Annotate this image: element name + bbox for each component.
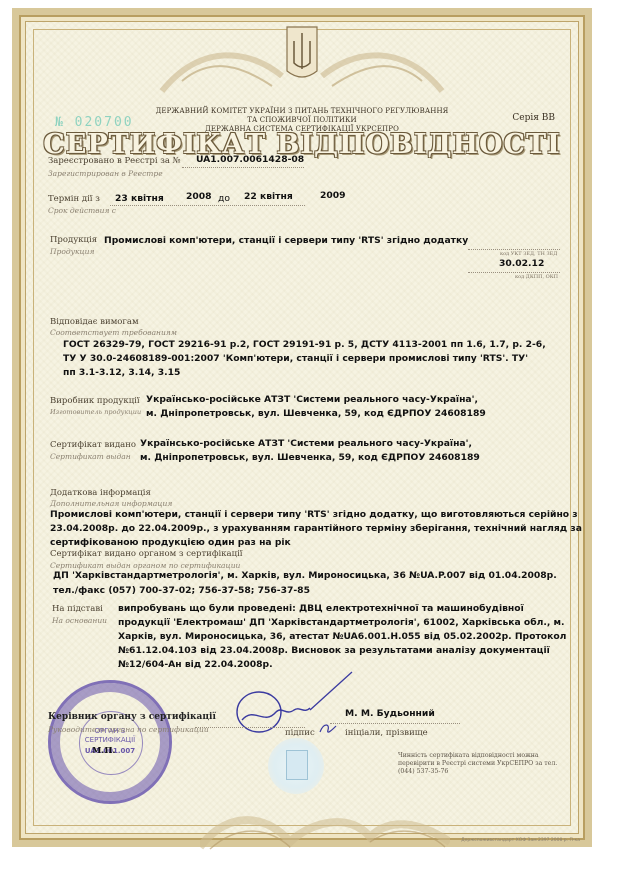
additional-info-line-3: сертифікованою продукцією один раз на рі…: [50, 536, 291, 550]
certification-body-label: Сертифікат видано органом з сертифікації: [50, 549, 243, 559]
verification-note: Чинність сертифіката відповідності можна…: [398, 752, 573, 776]
issued-to-label: Сертифікат видано: [50, 440, 136, 450]
signatory-name: М. М. Будьонний: [345, 707, 435, 721]
printer-imprint: Держспоживстандарт ХОФ Зам 2397 2008 р. …: [461, 838, 580, 843]
product-code-caption-bottom: код ДКПП, ОКП: [515, 274, 558, 280]
validity-from-year: 2008: [186, 190, 212, 204]
head-of-body-label: Керівник органу з сертифікації: [48, 712, 216, 722]
validity-to-date: 22 квітня: [244, 190, 293, 204]
committee-line-2: та споживчої політики: [19, 116, 585, 125]
compliance-label: Відповідає вимогам: [50, 317, 139, 327]
series-label: Серія ВВ: [512, 113, 555, 123]
manufacturer-label-ru: Изготовитель продукции: [50, 408, 141, 416]
registration-label: Зареєстровано в Реєстрі за №: [48, 156, 181, 166]
product-code-line-bottom: [468, 272, 560, 273]
basis-label: На підставі: [52, 604, 103, 614]
basis-line-1: випробувань що були проведені: ДВЦ елект…: [118, 602, 524, 616]
certification-body-line-1: ДП 'Харківстандартметрологія', м. Харків…: [53, 569, 557, 583]
validity-label-ru: Срок действия с: [48, 206, 116, 215]
stamp-center-line-2: СЕРТИФІКАЦІЇ: [51, 736, 169, 744]
compliance-line-2: ТУ У 30.0-24608189-001:2007 'Комп'ютери,…: [63, 352, 528, 366]
committee-line-1: Державний комітет України з питань техні…: [19, 107, 585, 116]
compliance-line-1: ГОСТ 26329-79, ГОСТ 29216-91 р.2, ГОСТ 2…: [63, 338, 546, 352]
registration-underline: [182, 167, 304, 168]
bottom-ornament-icon: [200, 787, 450, 857]
basis-line-3: Харків, вул. Мироносицька, 36, атестат №…: [118, 630, 566, 644]
coat-of-arms-ornament-icon: [142, 21, 462, 101]
validity-from-date: 23 квітня: [115, 192, 164, 206]
manufacturer-line-1: Українсько-російське АТЗТ 'Системи реаль…: [146, 393, 478, 407]
validity-label: Термін дії з: [48, 194, 100, 204]
certification-body-line-2: тел./факс (057) 700-37-02; 756-37-58; 75…: [53, 584, 310, 598]
registration-label-ru: Зарегистрирован в Реестре: [48, 169, 163, 178]
manufacturer-label: Виробник продукції: [50, 396, 140, 406]
validity-to-label: до: [218, 192, 230, 206]
product-label-ru: Продукция: [50, 247, 94, 256]
manufacturer-line-2: м. Дніпропетровськ, вул. Шевченка, 59, к…: [146, 407, 486, 421]
stamp-mp-mark: М.П.: [92, 746, 115, 756]
signatory-name-line: [330, 723, 460, 724]
registration-number: UA1.007.0061428-08: [196, 153, 304, 167]
compliance-line-3: пп 3.1-3.12, 3.14, 3.15: [63, 366, 180, 380]
issued-to-label-ru: Сертификат выдан: [50, 452, 131, 461]
product-code-line-top: [468, 249, 560, 250]
signature-caption: підпис: [285, 728, 315, 738]
additional-info-label: Додаткова інформація: [50, 488, 151, 498]
additional-info-line-2: 23.04.2008р. до 22.04.2009р., з урахуван…: [50, 522, 582, 536]
validity-to-year: 2009: [320, 189, 346, 203]
product-name: Промислові комп'ютери, станції і сервери…: [104, 234, 468, 248]
product-code: 30.02.12: [499, 257, 544, 271]
basis-label-ru: На основании: [52, 616, 107, 625]
basis-line-4: №61.12.04.103 від 23.04.2008р. Висновок …: [118, 644, 550, 658]
additional-info-label-ru: Дополнительная информация: [50, 499, 172, 508]
compliance-label-ru: Соответствует требованиям: [50, 328, 177, 337]
additional-info-line-1: Промислові комп'ютери, станції і сервери…: [50, 508, 578, 522]
head-of-body-label-ru: Руководитель органа по сертификации: [48, 725, 209, 734]
trident-shield-icon: [286, 750, 308, 780]
hologram-emblem: [268, 738, 324, 794]
basis-line-2: продукції 'Електромаш' ДП 'Харківстандар…: [118, 616, 565, 630]
issued-to-line-1: Українсько-російське АТЗТ 'Системи реаль…: [140, 437, 472, 451]
issued-to-line-2: м. Дніпропетровськ, вул. Шевченка, 59, к…: [140, 451, 480, 465]
signatory-name-caption: ініціали, прізвище: [345, 728, 428, 738]
product-label: Продукція: [50, 235, 97, 245]
official-stamp: ОРГАН З СЕРТИФІКАЦІЇ UA1.001.007: [48, 680, 172, 804]
